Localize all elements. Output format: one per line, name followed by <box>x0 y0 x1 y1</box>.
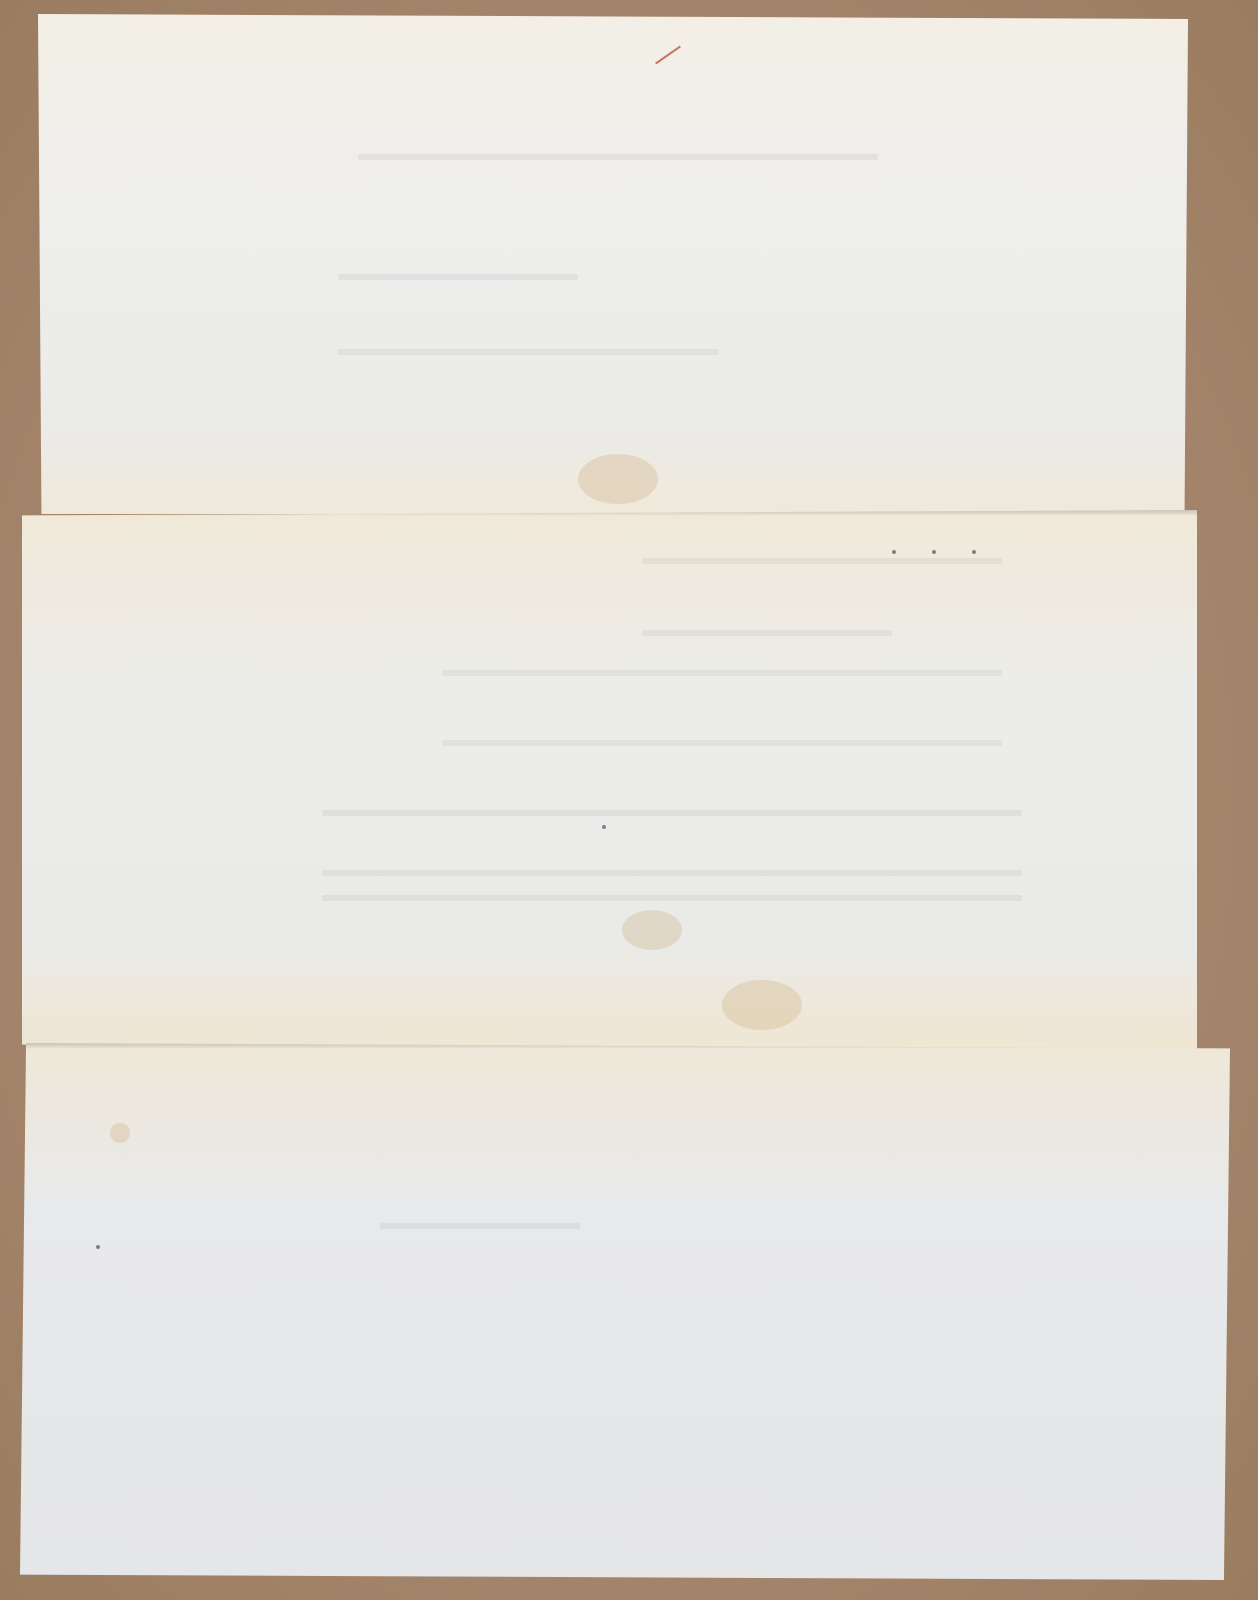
paper-stain <box>622 910 682 950</box>
ink-dot <box>96 1245 100 1249</box>
showthrough-line <box>442 670 1002 676</box>
ink-dot <box>932 550 936 554</box>
paper-stain <box>110 1123 130 1143</box>
paper-panel-middle <box>22 510 1197 1050</box>
showthrough-line <box>322 810 1022 816</box>
paper-panel-bottom <box>20 1043 1230 1580</box>
showthrough-line <box>358 154 878 160</box>
showthrough-signature <box>380 1223 580 1229</box>
showthrough-line <box>322 895 1022 901</box>
paper-stain <box>722 980 802 1030</box>
showthrough-line <box>322 870 1022 876</box>
paper-panel-top <box>38 14 1188 514</box>
ink-dot <box>892 550 896 554</box>
showthrough-line <box>642 630 892 636</box>
red-pen-mark <box>655 46 681 65</box>
showthrough-line <box>338 349 718 355</box>
ink-dot <box>972 550 976 554</box>
ink-dot <box>602 825 606 829</box>
showthrough-line <box>642 558 1002 564</box>
paper-stain <box>578 454 658 504</box>
showthrough-line <box>442 740 1002 746</box>
showthrough-line <box>338 274 578 280</box>
